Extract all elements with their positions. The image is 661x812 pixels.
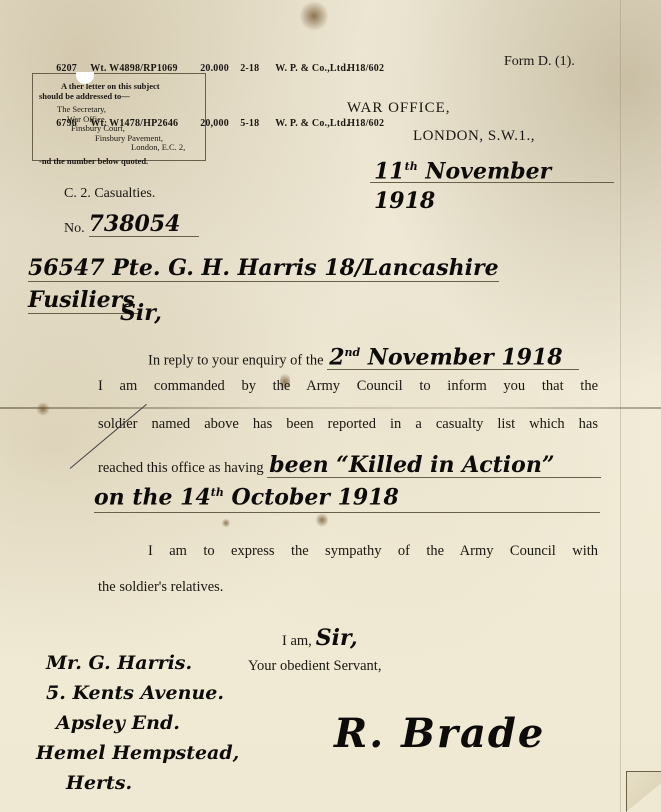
addressee-name: Mr. G. Harris.: [36, 648, 239, 678]
quantity: 20,000: [200, 118, 240, 129]
death-month-year: October 1918: [232, 484, 399, 510]
sympathy-line: I am to express the sympathy of the Army…: [148, 543, 598, 560]
printer-code: H18/602: [347, 63, 384, 74]
date-suffix: th: [405, 160, 418, 173]
body-line: soldier named above has been reported in…: [98, 416, 598, 433]
address-line: London, E.C. 2,: [39, 143, 205, 153]
reply-address-box: A ther letter on this subject should be …: [32, 73, 206, 161]
body-line: I am commanded by the Army Council to in…: [98, 378, 598, 395]
ink-stain: [316, 512, 328, 528]
date-of-death: on the 14th October 1918: [94, 478, 600, 513]
casualty-status: been “Killed in Action”: [267, 453, 601, 478]
branch-label: C. 2. Casualties.: [64, 186, 155, 202]
address-instruction: -nd the number below quoted.: [39, 157, 205, 167]
print-date: 2-18: [240, 63, 275, 74]
printer-code: H18/602: [347, 118, 384, 129]
status-line: reached this office as having been “Kill…: [98, 453, 601, 478]
death-prefix: on the: [94, 484, 172, 510]
reference-value: 738054: [89, 212, 199, 237]
signature: R. Brade: [334, 710, 545, 757]
war-office-letter: 6207Wt. W4898/RP106920.0002-18W. P. & Co…: [0, 0, 661, 812]
date-day: 11: [374, 158, 405, 184]
closing-line: I am,Sir,: [282, 625, 358, 651]
ink-stain: [300, 0, 328, 32]
enquiry-line: In reply to your enquiry of the 2nd Nove…: [148, 341, 579, 370]
death-day: 14: [180, 484, 211, 510]
enquiry-month-year: November 1918: [368, 344, 563, 370]
addressee-street: 5. Kents Avenue.: [36, 678, 239, 708]
printer-name: W. P. & Co.,Ltd.: [275, 118, 347, 129]
enquiry-day-suffix: nd: [345, 346, 361, 359]
soldier-name-unit: 56547 Pte. G. H. Harris 18/Lancashire Fu…: [28, 255, 499, 314]
letterhead-city: LONDON, S.W.1.,: [413, 128, 535, 145]
ink-stain: [36, 402, 50, 416]
enquiry-date: 2nd November 1918: [327, 341, 579, 370]
status-prefix: reached this office as having: [98, 460, 264, 476]
sympathy-line: the soldier's relatives.: [98, 579, 223, 596]
fold-crease-horizontal: [0, 407, 661, 409]
folded-corner: [626, 771, 661, 812]
addressee-county: Herts.: [36, 768, 239, 798]
addressee-locality: Apsley End.: [36, 708, 239, 738]
enquiry-day: 2: [329, 344, 344, 370]
print-date: 5-18: [240, 118, 275, 129]
reference-number: No. 738054: [64, 212, 199, 237]
ink-stain: [222, 518, 230, 528]
letter-date: 11th November 1918: [370, 152, 614, 183]
closing-i-am: I am,: [282, 633, 312, 649]
closing-servant: Your obedient Servant,: [248, 658, 381, 675]
salutation: Sir,: [120, 300, 162, 326]
addressee-town: Hemel Hempstead,: [36, 738, 239, 768]
letterhead-office: WAR OFFICE,: [347, 100, 451, 117]
enquiry-prefix: In reply to your enquiry of the: [148, 352, 324, 368]
printer-name: W. P. & Co.,Ltd.: [275, 63, 347, 74]
soldier-details: 56547 Pte. G. H. Harris 18/Lancashire Fu…: [28, 252, 618, 316]
reference-label: No.: [64, 221, 85, 237]
form-identifier: Form D. (1).: [504, 54, 575, 70]
quantity: 20.000: [200, 63, 240, 74]
address-line: The Secretary,: [39, 105, 205, 115]
addressee-block: Mr. G. Harris. 5. Kents Avenue. Apsley E…: [36, 648, 239, 798]
fold-crease-vertical: [620, 0, 621, 812]
closing-sir: Sir,: [316, 625, 358, 651]
death-day-suffix: th: [211, 486, 224, 499]
address-instruction: should be addressed to—: [39, 92, 205, 102]
